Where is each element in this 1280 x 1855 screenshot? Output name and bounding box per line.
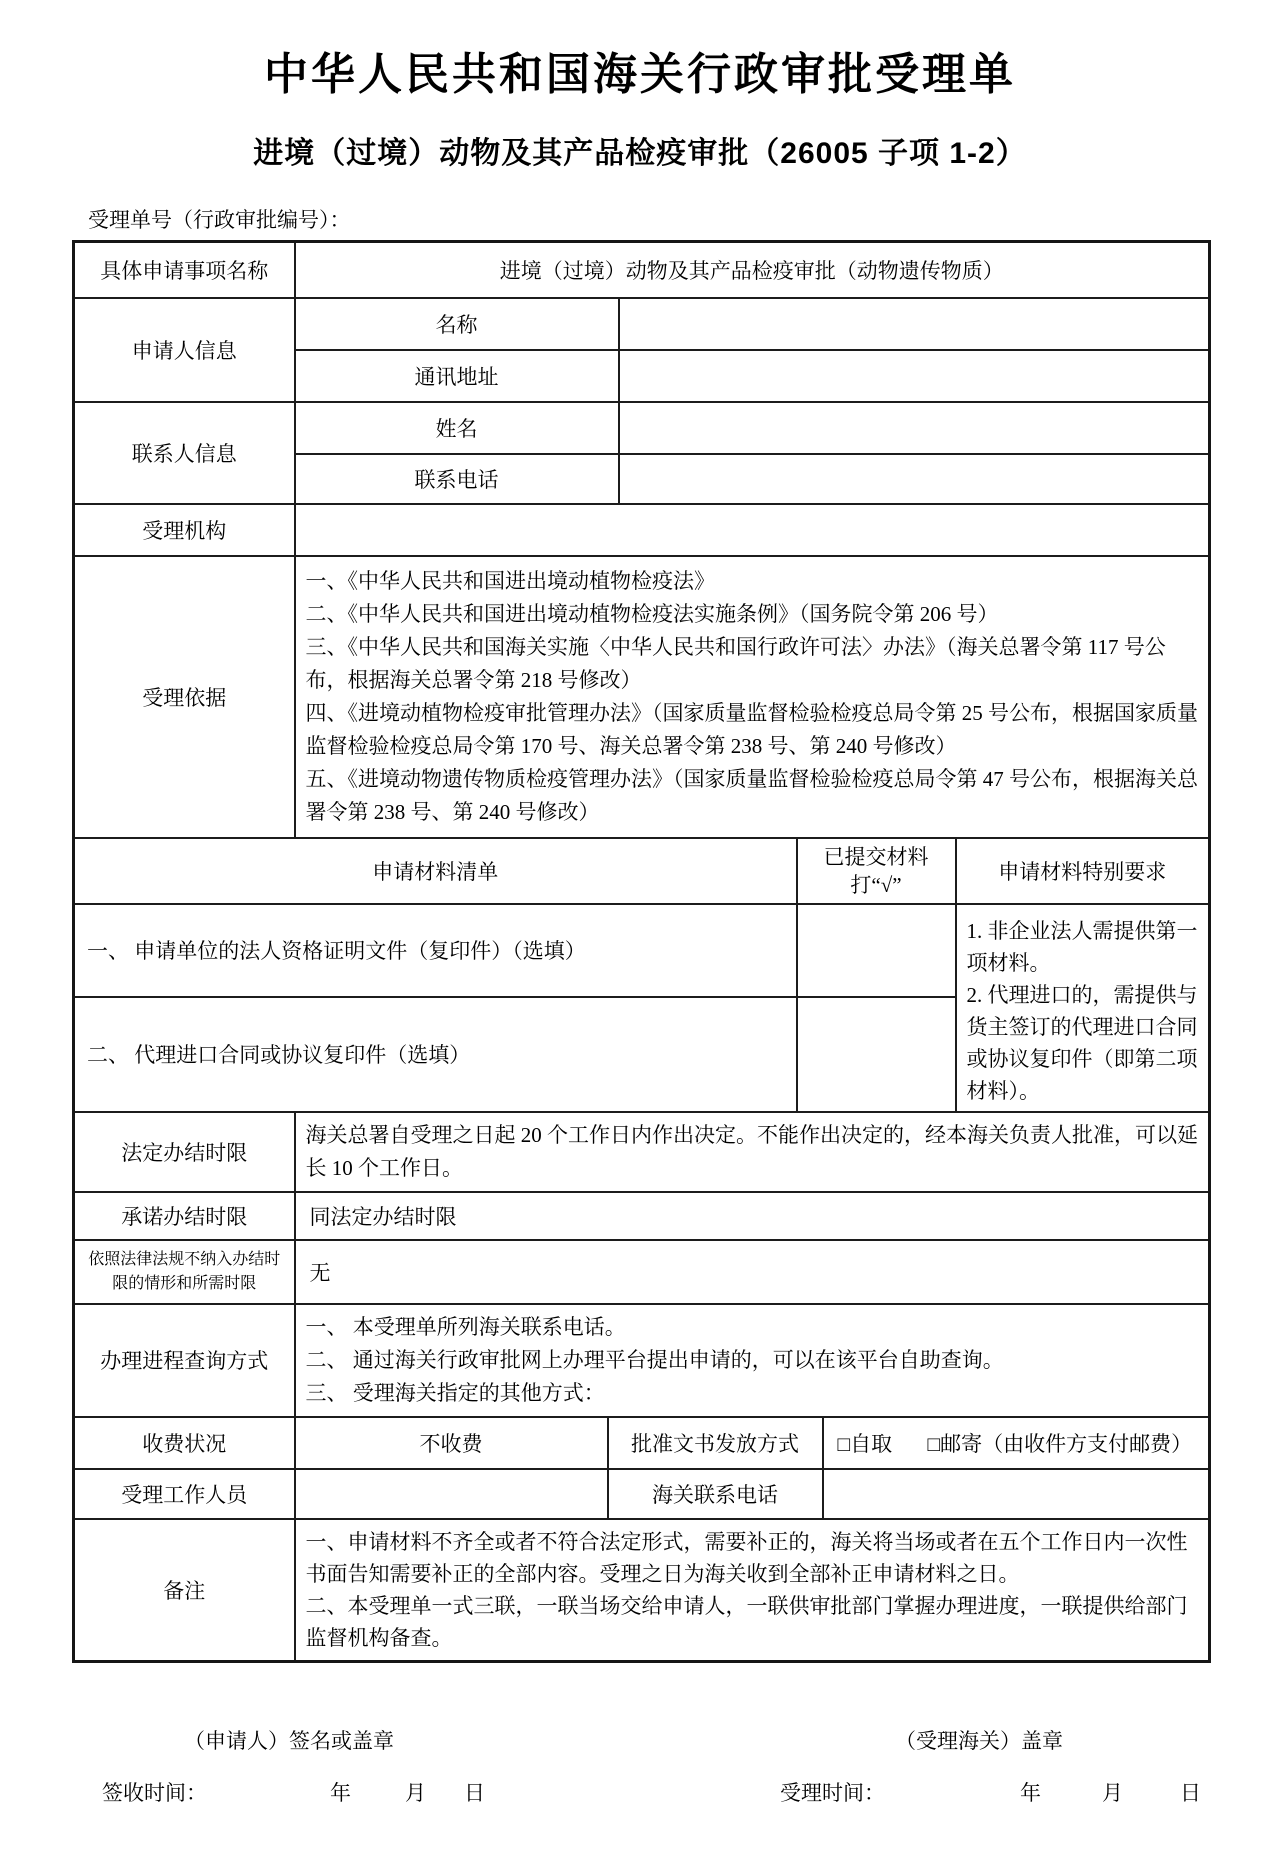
remarks-label: 备注 [74, 1519, 295, 1662]
basis-item-4: 四、《进境动植物检疫审批管理办法》（国家质量监督检验检疫总局令第 25 号公布，… [306, 697, 1199, 763]
row-staff-phone: 受理工作人员 海关联系电话 [74, 1469, 1210, 1519]
item-name-label: 具体申请事项名称 [74, 242, 295, 298]
remarks-item-1: 一、申请材料不齐全或者不符合法定形式，需要补正的，海关将当场或者在五个工作日内一… [306, 1526, 1199, 1590]
sign-time-month-label: 月 [405, 1777, 426, 1807]
row-statutory-limit: 法定办结时限 海关总署自受理之日起 20 个工作日内作出决定。不能作出决定的，经… [74, 1112, 1210, 1192]
remarks-item-2: 二、本受理单一式三联，一联当场交给申请人，一联供审批部门掌握办理进度，一联提供给… [306, 1590, 1199, 1654]
staff-value [295, 1469, 608, 1519]
remarks-content: 一、申请材料不齐全或者不符合法定形式，需要补正的，海关将当场或者在五个工作日内一… [295, 1519, 1210, 1662]
page-title: 中华人民共和国海关行政审批受理单 [72, 38, 1208, 102]
statutory-limit-label: 法定办结时限 [74, 1112, 295, 1192]
document-sheet: 中华人民共和国海关行政审批受理单 进境（过境）动物及其产品检疫审批（26005 … [72, 38, 1208, 1855]
accepting-org-label: 受理机构 [74, 504, 295, 556]
applicant-address-value [619, 350, 1210, 402]
sign-time-day-label: 日 [464, 1777, 485, 1807]
material-item-2-submitted [797, 997, 956, 1111]
contact-info-label: 联系人信息 [74, 402, 295, 504]
materials-special-requirements: 1. 非企业法人需提供第一项材料。 2. 代理进口的，需提供与货主签订的代理进口… [956, 904, 1210, 1112]
row-fee-delivery: 收费状况 不收费 批准文书发放方式 □自取 □邮寄（由收件方支付邮费） [74, 1417, 1210, 1469]
basis-content: 一、《中华人民共和国进出境动植物检疫法》 二、《中华人民共和国进出境动植物检疫法… [295, 556, 1210, 838]
row-materials-header: 申请材料清单 已提交材料打“√” 申请材料特别要求 [74, 838, 1210, 904]
excluded-time-label: 依照法律法规不纳入办结时限的情形和所需时限 [74, 1240, 295, 1304]
row-basis: 受理依据 一、《中华人民共和国进出境动植物检疫法》 二、《中华人民共和国进出境动… [74, 556, 1210, 838]
row-remarks: 备注 一、申请材料不齐全或者不符合法定形式，需要补正的，海关将当场或者在五个工作… [74, 1519, 1210, 1662]
contact-phone-label: 联系电话 [295, 454, 619, 504]
sign-time-label: 签收时间： [102, 1777, 207, 1807]
materials-list-header: 申请材料清单 [74, 838, 797, 904]
promised-limit-value: 同法定办结时限 [295, 1192, 1210, 1240]
basis-item-2: 二、《中华人民共和国进出境动植物检疫法实施条例》（国务院令第 206 号） [306, 598, 1199, 631]
material-item-1-submitted [797, 904, 956, 998]
accept-time-year-label: 年 [1020, 1777, 1041, 1807]
row-accepting-org: 受理机构 [74, 504, 1210, 556]
applicant-address-label: 通讯地址 [295, 350, 619, 402]
approval-form-table: 具体申请事项名称 进境（过境）动物及其产品检疫审批（动物遗传物质） 申请人信息 … [72, 240, 1211, 1663]
row-applicant-name: 申请人信息 名称 [74, 298, 1210, 350]
contact-name-value [619, 402, 1210, 454]
delivery-options: □自取 □邮寄（由收件方支付邮费） [823, 1417, 1210, 1469]
excluded-time-value: 无 [295, 1240, 1210, 1304]
accepting-org-value [295, 504, 1210, 556]
fee-label: 收费状况 [74, 1417, 295, 1469]
special-requirement-1: 1. 非企业法人需提供第一项材料。 [967, 915, 1201, 979]
basis-label: 受理依据 [74, 556, 295, 838]
material-item-2: 二、 代理进口合同或协议复印件（选填） [74, 997, 797, 1111]
basis-item-1: 一、《中华人民共和国进出境动植物检疫法》 [306, 565, 1199, 598]
applicant-info-label: 申请人信息 [74, 298, 295, 402]
page-subtitle: 进境（过境）动物及其产品检疫审批（26005 子项 1-2） [72, 128, 1208, 172]
sign-time-year-label: 年 [330, 1777, 351, 1807]
item-name-value: 进境（过境）动物及其产品检疫审批（动物遗传物质） [295, 242, 1210, 298]
staff-label: 受理工作人员 [74, 1469, 295, 1519]
signature-footer: （申请人）签名或盖章 （受理海关）盖章 签收时间： 年 月 日 受理时间： 年 … [72, 1725, 1208, 1855]
applicant-sign-label: （申请人）签名或盖章 [184, 1725, 394, 1755]
progress-query-label: 办理进程查询方式 [74, 1304, 295, 1417]
materials-special-header: 申请材料特别要求 [956, 838, 1210, 904]
promised-limit-label: 承诺办结时限 [74, 1192, 295, 1240]
material-item-1: 一、 申请单位的法人资格证明文件（复印件）（选填） [74, 904, 797, 998]
row-item-name: 具体申请事项名称 进境（过境）动物及其产品检疫审批（动物遗传物质） [74, 242, 1210, 298]
materials-submitted-header-text: 已提交材料打“√” [806, 843, 947, 899]
contact-phone-value [619, 454, 1210, 504]
delivery-option-pickup: □自取 [838, 1432, 893, 1456]
basis-item-3: 三、《中华人民共和国海关实施〈中华人民共和国行政许可法〉办法》（海关总署令第 1… [306, 631, 1199, 697]
customs-phone-value [823, 1469, 1210, 1519]
row-contact-name: 联系人信息 姓名 [74, 402, 1210, 454]
accept-time-label: 受理时间： [780, 1777, 885, 1807]
progress-query-item-3: 三、 受理海关指定的其他方式： [306, 1377, 1199, 1410]
progress-query-item-2: 二、 通过海关行政审批网上办理平台提出申请的，可以在该平台自助查询。 [306, 1344, 1199, 1377]
applicant-name-value [619, 298, 1210, 350]
progress-query-item-1: 一、 本受理单所列海关联系电话。 [306, 1311, 1199, 1344]
accept-time-month-label: 月 [1102, 1777, 1123, 1807]
row-material-1: 一、 申请单位的法人资格证明文件（复印件）（选填） 1. 非企业法人需提供第一项… [74, 904, 1210, 998]
customs-sign-label: （受理海关）盖章 [895, 1725, 1063, 1755]
accept-time-day-label: 日 [1180, 1777, 1201, 1807]
row-excluded-time: 依照法律法规不纳入办结时限的情形和所需时限 无 [74, 1240, 1210, 1304]
row-promised-limit: 承诺办结时限 同法定办结时限 [74, 1192, 1210, 1240]
special-requirement-2: 2. 代理进口的，需提供与货主签订的代理进口合同或协议复印件（即第二项材料）。 [967, 979, 1201, 1107]
delivery-method-label: 批准文书发放方式 [608, 1417, 823, 1469]
form-number-label: 受理单号（行政审批编号）： [88, 204, 1208, 234]
row-progress-query: 办理进程查询方式 一、 本受理单所列海关联系电话。 二、 通过海关行政审批网上办… [74, 1304, 1210, 1417]
customs-phone-label: 海关联系电话 [608, 1469, 823, 1519]
statutory-limit-value: 海关总署自受理之日起 20 个工作日内作出决定。不能作出决定的，经本海关负责人批… [295, 1112, 1210, 1192]
applicant-name-label: 名称 [295, 298, 619, 350]
fee-value: 不收费 [295, 1417, 608, 1469]
progress-query-content: 一、 本受理单所列海关联系电话。 二、 通过海关行政审批网上办理平台提出申请的，… [295, 1304, 1210, 1417]
contact-name-label: 姓名 [295, 402, 619, 454]
delivery-option-mail: □邮寄（由收件方支付邮费） [927, 1432, 1192, 1456]
materials-submitted-header: 已提交材料打“√” [797, 838, 956, 904]
basis-item-5: 五、《进境动物遗传物质检疫管理办法》（国家质量监督检验检疫总局令第 47 号公布… [306, 763, 1199, 829]
